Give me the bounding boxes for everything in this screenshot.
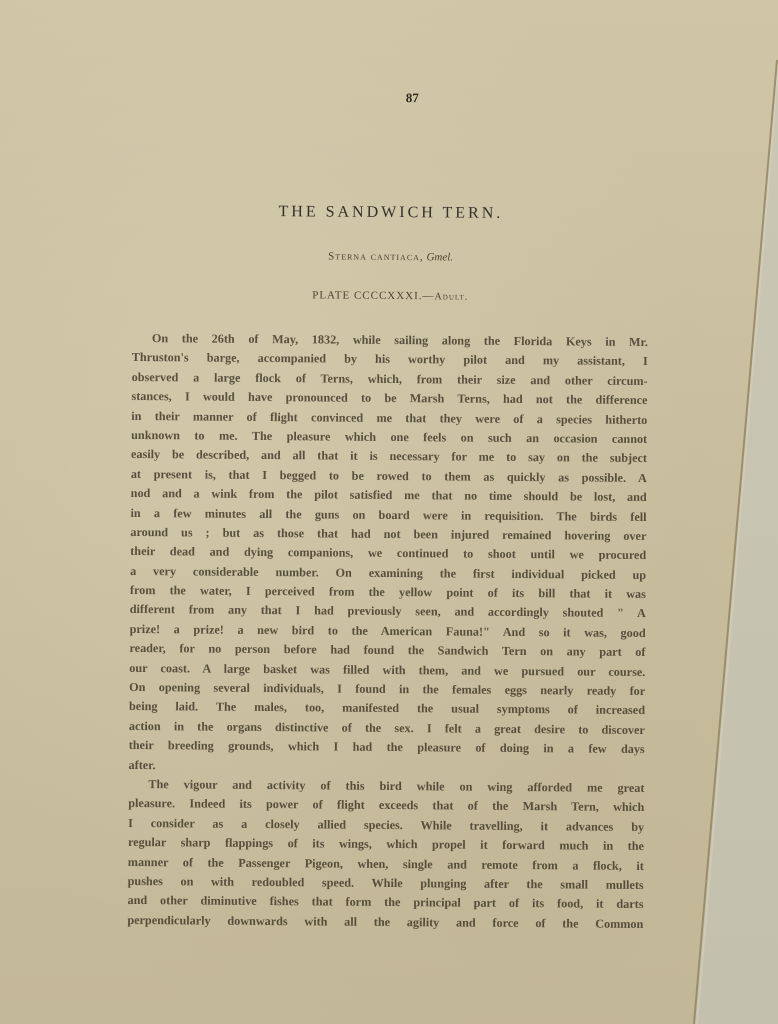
taxonomic-authority: Gmel. [426, 251, 453, 263]
plate-label: PLATE CCCCXXXI.— [312, 289, 434, 302]
text-line: perpendicularly downwards with all the a… [127, 911, 643, 934]
body-text: On the 26th of May, 1832, while sailing … [127, 329, 648, 934]
scientific-name: Sterna cantiaca, [328, 251, 424, 264]
plate-suffix: Adult. [435, 291, 469, 302]
page-number: 87 [406, 90, 419, 106]
